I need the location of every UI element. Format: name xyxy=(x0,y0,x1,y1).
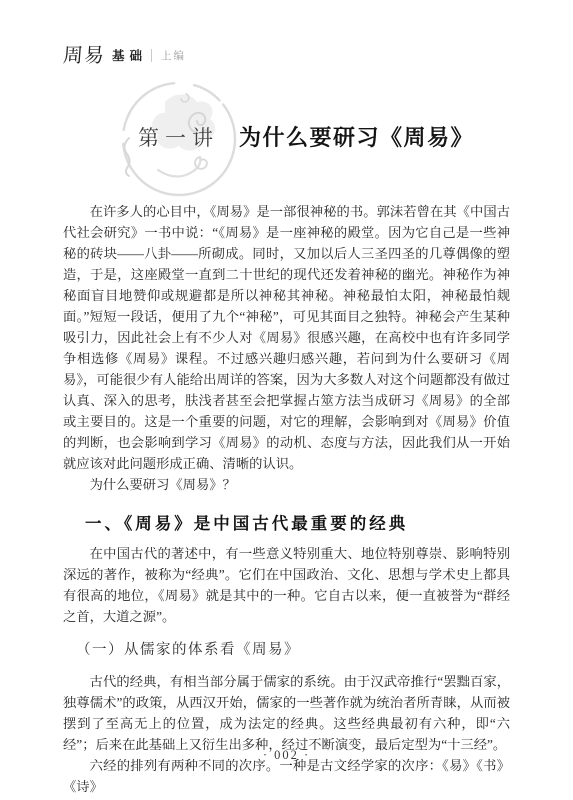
question-paragraph: 为什么要研习《周易》？ xyxy=(63,474,510,495)
section-paragraph: 在中国古代的著述中，有一些意义特别重大、地位特别尊崇、影响特别深远的著作，被称为… xyxy=(63,543,510,627)
subsection-heading: （一）从儒家的体系看《周易》 xyxy=(76,640,510,660)
intro-paragraph: 在许多人的心目中，《周易》是一部很神秘的书。郭沫若曾在其《中国古代社会研究》一书… xyxy=(63,201,510,474)
section-heading: 一、《周易》是中国古代最重要的经典 xyxy=(85,513,510,535)
chapter-heading-row: 第一讲 为什么要研习《周易》 xyxy=(138,121,474,152)
chapter-title: 为什么要研习《周易》 xyxy=(239,121,474,152)
book-page: 周易 基础 上编 第一讲 为什么要研习《周易》 在许多人的心目中，《周易》是一部 xyxy=(0,0,573,800)
page-number: · 002 · xyxy=(0,748,573,763)
page-body: 在许多人的心目中，《周易》是一部很神秘的书。郭沫若曾在其《中国古代社会研究》一书… xyxy=(63,201,510,797)
subsection-paragraph-1: 古代的经典，有相当部分属于儒家的系统。由于汉武帝推行“罢黜百家，独尊儒术”的政策… xyxy=(63,671,510,755)
chapter-opening: 第一讲 为什么要研习《周易》 xyxy=(0,0,573,200)
chapter-number-label: 第一讲 xyxy=(138,122,219,152)
